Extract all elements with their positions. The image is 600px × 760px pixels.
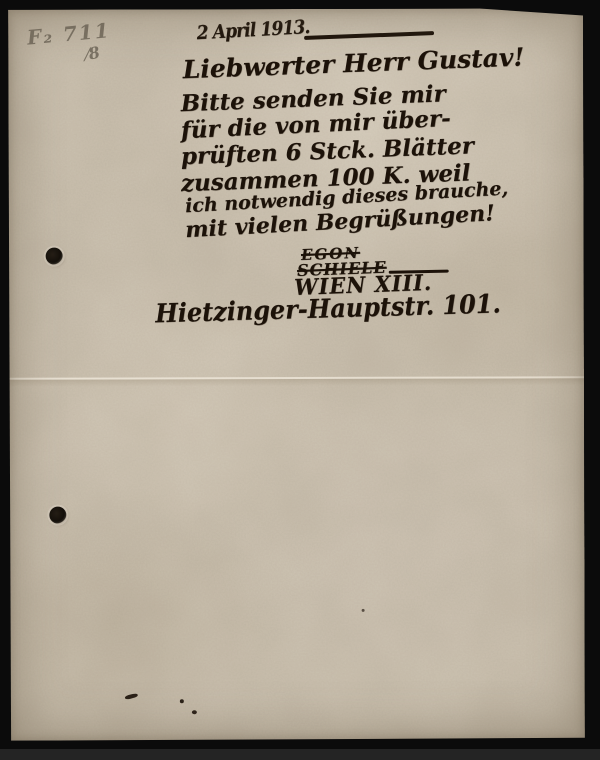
- ink-speck: [192, 710, 197, 714]
- punch-hole-bottom: [49, 507, 66, 524]
- photo-backdrop: F₂ 711 ⁄8 2 April 1913. Liebwerter Herr …: [0, 0, 600, 760]
- date-flourish-line: [304, 31, 434, 40]
- address-line: Hietzinger-Hauptstr. 101.: [155, 289, 501, 329]
- date-line: 2 April 1913.: [196, 16, 310, 44]
- salutation-line: Liebwerter Herr Gustav!: [182, 42, 525, 84]
- photo-bottom-strip: [0, 749, 600, 760]
- ink-speck: [125, 693, 139, 700]
- pencil-inventory-number: F₂ 711: [26, 18, 111, 49]
- ink-speck: [362, 609, 365, 612]
- ink-speck: [180, 699, 184, 703]
- pencil-inventory-fraction: ⁄8: [84, 43, 102, 64]
- punch-hole-top: [46, 248, 63, 265]
- fold-crease-shadow: [9, 378, 584, 387]
- letter-paper: F₂ 711 ⁄8 2 April 1913. Liebwerter Herr …: [8, 8, 585, 741]
